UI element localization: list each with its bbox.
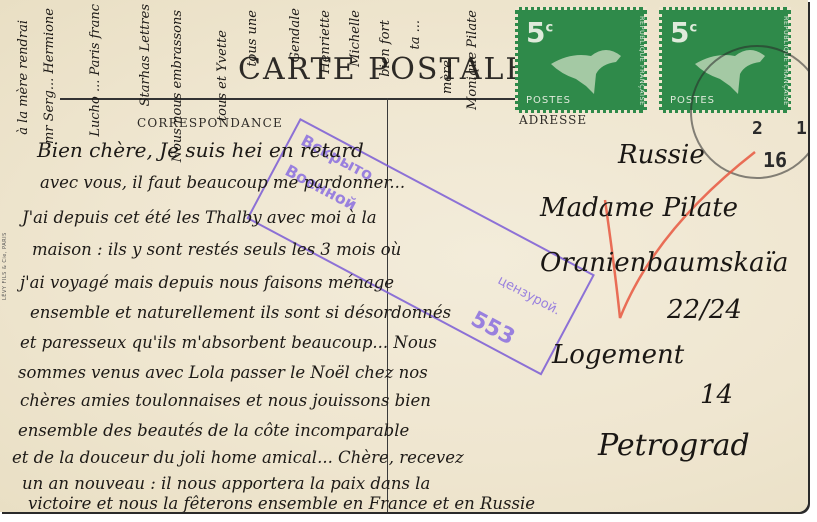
postmark-day: 2 (752, 118, 763, 139)
message-line: J'ai depuis cet été les Thalby avec moi … (22, 208, 377, 227)
address-apartment: 14 (700, 380, 733, 410)
margin-note: mr Serg... Hermione (42, 8, 57, 144)
stamp-1: 5c POSTES REPUBLIQUE FRANÇAISE (515, 7, 647, 113)
margin-note: Michelle (348, 10, 363, 67)
margin-note: tous une (245, 10, 260, 67)
message-line: chères amies toulonnaises et nous jouiss… (20, 391, 431, 410)
margin-note: Henriette (318, 10, 333, 74)
address-name: Madame Pilate (540, 193, 738, 223)
stamp-caption: POSTES (526, 95, 571, 106)
message-line: maison : ils y sont restés seuls les 3 m… (32, 240, 401, 259)
stamp-country: REPUBLIQUE FRANÇAISE (638, 16, 646, 106)
message-line: ensemble des beautés de la côte incompar… (18, 421, 409, 440)
message-line: Bien chère, Je suis hei en retard (37, 138, 364, 162)
address-number: 22/24 (667, 295, 742, 325)
address-street: Oranienbaumskaïa (540, 248, 788, 278)
censor-number: 553 (467, 307, 519, 351)
margin-note: bien fort (378, 20, 393, 77)
correspondence-label: CORRESPONDANCE (137, 116, 283, 130)
message-line: et de la douceur du joli home amical... … (12, 448, 464, 467)
address-country: Russie (618, 140, 705, 170)
message-line: j'ai voyagé mais depuis nous faisons mén… (20, 273, 394, 292)
address-label: ADRESSE (519, 113, 587, 127)
margin-note: mère (440, 60, 455, 94)
margin-note: Lucho ... Paris franc (88, 4, 103, 137)
address-apartment-label: Logement (552, 340, 684, 370)
margin-note: Monique Pilate (465, 10, 480, 110)
margin-note: Gendale (288, 8, 303, 62)
margin-note: Starhas Lettres (138, 4, 153, 106)
censor-line-3: цензурой. (495, 273, 563, 319)
postcard: CARTE POSTALE CORRESPONDANCE ADRESSE LÉV… (0, 0, 808, 512)
margin-note: ta ... (408, 20, 423, 50)
message-line: sommes venus avec Lola passer le Noël ch… (18, 363, 428, 382)
message-line: et paresseux qu'ils m'absorbent beaucoup… (20, 333, 437, 352)
address-city: Petrograd (598, 428, 750, 463)
header-rule (60, 98, 515, 100)
printer-credit: LÉVY FILS & Cie, PARIS (2, 232, 8, 300)
postmark-hour: 1- (796, 118, 808, 139)
message-line: victoire et nous la fêterons ensemble en… (28, 494, 535, 512)
message-line: avec vous, il faut beaucoup me pardonner… (40, 173, 405, 192)
postmark-year: 16 (763, 148, 787, 172)
margin-note: tous et Yvette (215, 30, 230, 121)
message-line: un an nouveau : il nous apportera la pai… (22, 474, 430, 493)
margin-note: à la mère rendrai (16, 20, 31, 135)
message-line: ensemble et naturellement ils sont si dé… (30, 303, 451, 322)
sower-icon (546, 34, 626, 96)
